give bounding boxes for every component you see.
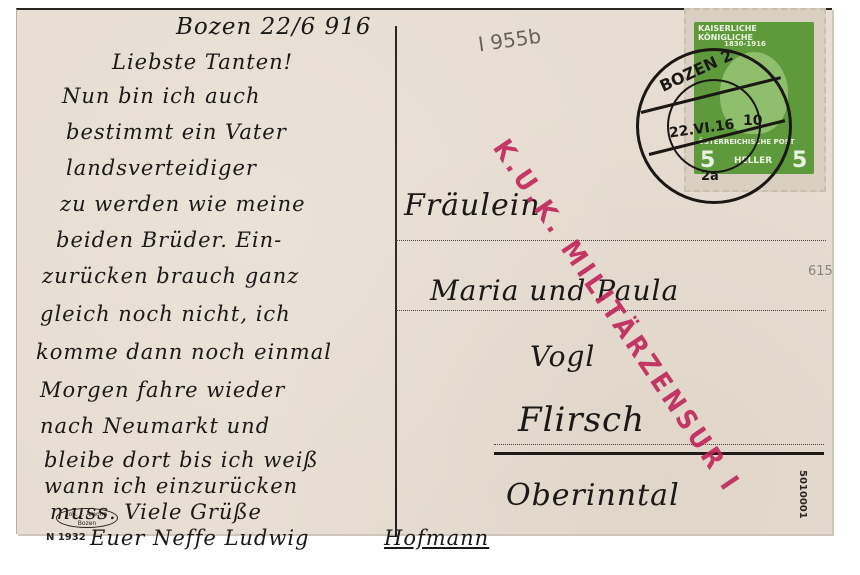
postmark: BOZEN 2 22.VI.16 10 2a — [636, 48, 792, 204]
signature-surname: Hofmann — [384, 526, 489, 550]
address-town: Flirsch — [518, 400, 645, 440]
message-line: bleibe dort bis ich weiß — [44, 448, 319, 472]
address-region: Oberinntal — [506, 478, 680, 513]
message-line: beiden Brüder. Ein- — [56, 228, 282, 252]
message-line: gleich noch nicht, ich — [40, 302, 291, 326]
postmark-suffix: 2a — [701, 169, 719, 184]
message-line: wann ich einzurücken — [44, 474, 298, 498]
address-surname: Vogl — [530, 340, 595, 373]
stamp-denomination-right: 5 — [792, 148, 807, 173]
publisher-number: N 1932 — [46, 532, 86, 543]
publisher-name: Joh. F. Amonn — [57, 510, 117, 519]
message-line: bestimmt ein Vater — [66, 120, 287, 144]
postmark-time: 10 — [743, 113, 762, 129]
message-line: Euer Neffe Ludwig — [90, 526, 310, 550]
message-line: komme dann noch einmal — [36, 340, 332, 364]
place-date: Bozen 22/6 916 — [176, 14, 371, 40]
message-line: landsverteidiger — [66, 156, 257, 180]
message-line: zurücken brauch ganz — [42, 264, 299, 288]
message-line: Liebste Tanten! — [112, 50, 293, 74]
message-line: Nun bin ich auch — [62, 84, 260, 108]
address-underline — [494, 452, 824, 455]
message-line: Morgen fahre wieder — [40, 378, 285, 402]
message-line: zu werden wie meine — [60, 192, 306, 216]
address-names: Maria und Paula — [430, 274, 679, 307]
publisher-city: Bozen — [57, 519, 117, 528]
stamp-years: 1830-1916 — [724, 40, 766, 48]
message-line: nach Neumarkt und — [40, 414, 270, 438]
pencil-note: 615 — [808, 264, 833, 279]
serial-number: 5010001 — [797, 470, 808, 519]
address-line-3 — [494, 444, 824, 445]
address-line-1 — [396, 240, 826, 241]
publisher-mark: Joh. F. Amonn Bozen — [56, 508, 118, 528]
message-address-divider — [395, 26, 397, 536]
